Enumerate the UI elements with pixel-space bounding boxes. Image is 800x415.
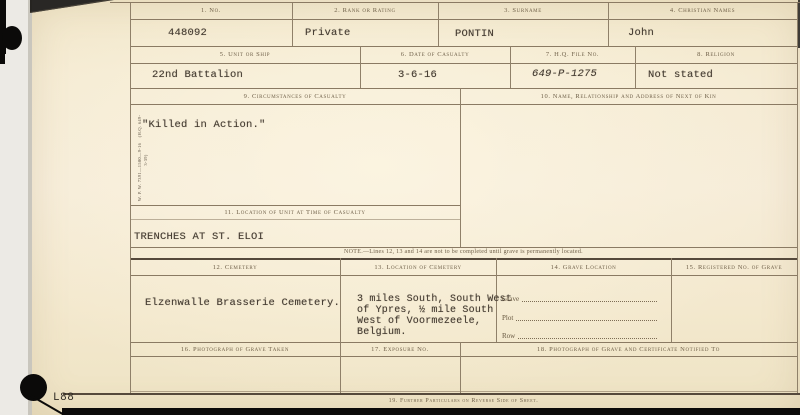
field-surname-label: 3. Surname xyxy=(438,6,608,15)
field-registered-no-label: 15. Registered No. of Grave xyxy=(671,263,797,272)
field-christian-names-value: John xyxy=(628,27,654,39)
grid-line-h xyxy=(130,205,460,206)
dotted-rule xyxy=(516,320,657,321)
field-cemetery-label: 12. Cemetery xyxy=(130,263,340,272)
field-hq-file-label: 7. H.Q. File No. xyxy=(510,50,635,59)
field-cemetery-location-line: of Ypres, ½ mile South xyxy=(357,305,493,317)
grid-line-h xyxy=(130,63,797,64)
field-no-value: 448092 xyxy=(168,27,207,39)
field-unit-location-label: 11. Location of Unit at Time of Casualty xyxy=(130,208,460,217)
grid-line-h xyxy=(130,391,797,392)
scanned-casualty-card-page: { "card": { "fields": { "no": { "label":… xyxy=(0,0,800,415)
field-photo-notified-label: 18. Photograph of Grave and Certificate … xyxy=(460,345,797,354)
dotted-rule xyxy=(522,301,657,302)
grave-sublabel-row: Grave xyxy=(502,292,657,303)
bottom-edge-strip xyxy=(62,408,800,415)
scanner-edge-dot xyxy=(0,54,5,64)
dotted-rule xyxy=(518,338,657,339)
field-circumstances-label: 9. Circumstances of Casualty xyxy=(130,92,460,101)
field-circumstances-value: "Killed in Action." xyxy=(142,119,266,131)
grid-line-h xyxy=(110,2,800,3)
grid-line-v xyxy=(460,88,461,247)
card-edge-shadow xyxy=(28,0,32,415)
punch-hole-mark-top xyxy=(2,26,22,50)
grid-line-h xyxy=(130,46,797,47)
field-cemetery-location-label: 13. Location of Cemetery xyxy=(340,263,496,272)
grave-sublabel-row: Plot xyxy=(502,311,657,322)
field-religion-value: Not stated xyxy=(648,69,713,81)
field-photo-taken-label: 16. Photograph of Grave Taken xyxy=(130,345,340,354)
grid-line-h xyxy=(130,275,797,276)
field-no-label: 1. No. xyxy=(130,6,292,15)
field-grave-location-label: 14. Grave Location xyxy=(496,263,671,272)
grid-line-h xyxy=(130,219,460,220)
grave-sublabel: Plot xyxy=(502,314,513,322)
field-hq-file-value: 649-P-1275 xyxy=(532,68,597,80)
grid-line-h xyxy=(130,247,797,248)
field-cemetery-location-line: Belgium. xyxy=(357,327,407,339)
field-surname-value: PONTIN xyxy=(455,28,494,40)
sheet-code: L88 xyxy=(53,392,74,404)
field-next-of-kin-label: 10. Name, Relationship and Address of Ne… xyxy=(460,92,797,101)
footer-line: 19. Further Particulars on Reverse Side … xyxy=(130,397,797,406)
field-unit-label: 5. Unit or Ship xyxy=(130,50,360,59)
grave-sublabel: Grave xyxy=(502,295,519,303)
grave-sublabel: Row xyxy=(502,332,515,340)
grid-line-h xyxy=(130,104,797,105)
grid-line-h xyxy=(130,342,797,343)
note-line: NOTE.—Lines 12, 13 and 14 are not to be … xyxy=(130,249,797,255)
field-rank-label: 2. Rank or Rating xyxy=(292,6,438,15)
field-cemetery-location-line: West of Voormezeele, xyxy=(357,316,481,328)
field-date-value: 3-6-16 xyxy=(398,69,437,81)
grave-sublabel-row: Row xyxy=(502,329,657,340)
field-christian-names-label: 4. Christian Names xyxy=(608,6,797,15)
grid-line-v xyxy=(130,3,131,393)
field-unit-value: 22nd Battalion xyxy=(152,69,243,81)
grid-line-h xyxy=(130,356,797,357)
field-unit-location-value: TRENCHES AT ST. ELOI xyxy=(134,231,264,243)
field-date-label: 6. Date of Casualty xyxy=(360,50,510,59)
grid-line-v xyxy=(797,3,798,393)
grid-line-h xyxy=(130,258,797,260)
field-cemetery-value: Elzenwalle Brasserie Cemetery. xyxy=(145,297,340,309)
field-religion-label: 8. Religion xyxy=(635,50,797,59)
margin-print-line: W. P. W. 7391—1500—9-16 xyxy=(137,143,142,202)
grid-line-h xyxy=(130,19,797,20)
field-cemetery-location-line: 3 miles South, South West xyxy=(357,294,512,306)
grid-line-h xyxy=(63,393,800,395)
field-exposure-no-label: 17. Exposure No. xyxy=(340,345,460,354)
grid-line-h xyxy=(130,88,797,89)
field-rank-value: Private xyxy=(305,27,351,39)
margin-print-code: W. P. W. 7391—1500—9-16 (H.Q. 649-3-39) xyxy=(137,113,153,203)
